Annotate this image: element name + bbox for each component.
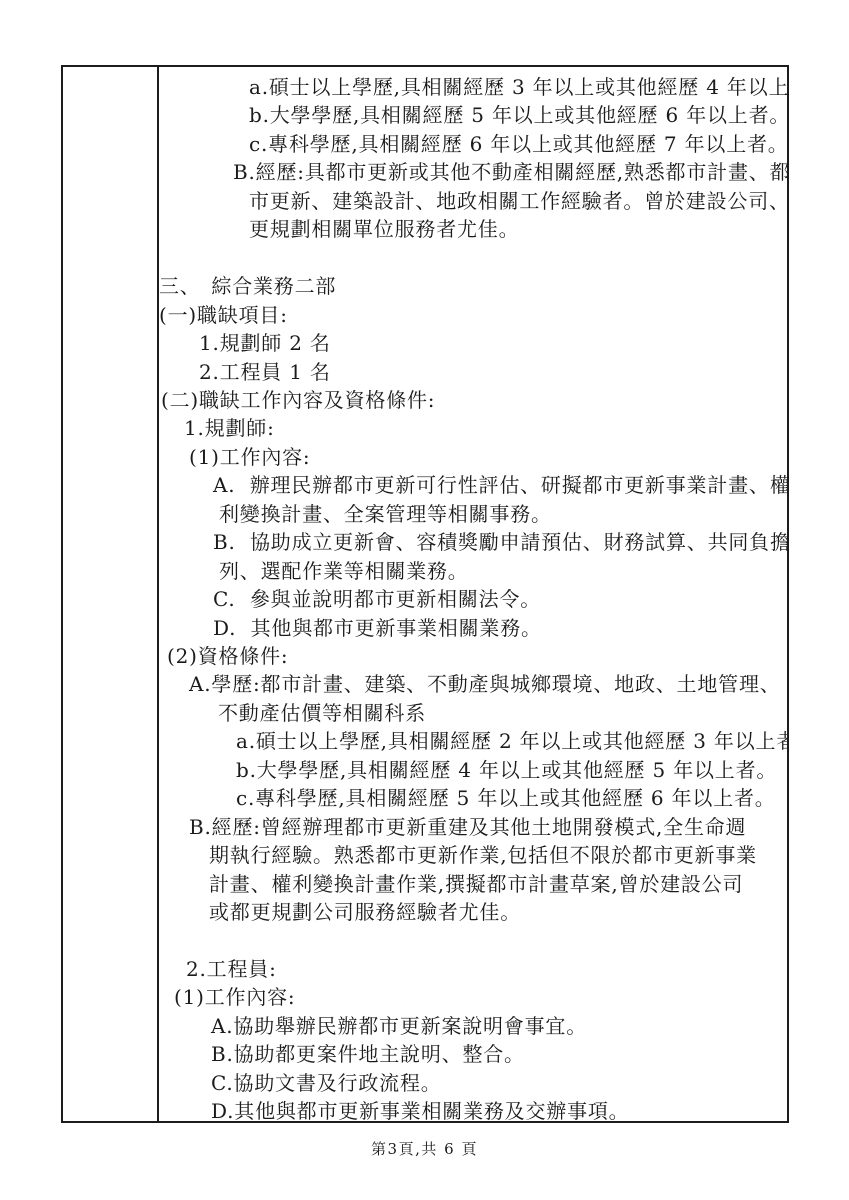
document-line: 計畫、權利變換計畫作業,撰擬都市計畫草案,曾於建設公司: [209, 870, 743, 898]
table-cell-content: a.碩士以上學歷,具相關經歷 3 年以上或其他經歷 4 年以上者b.大學學歷,具…: [159, 67, 787, 1121]
document-line: 市更新、建築設計、地政相關工作經驗者。曾於建設公司、都: [249, 187, 787, 215]
document-line: 期執行經驗。熟悉都市更新作業,包括但不限於都市更新事業: [209, 841, 757, 869]
document-line: A.協助舉辦民辦都市更新案說明會事宜。: [211, 1012, 587, 1040]
document-line: c.專科學歷,具相關經歷 6 年以上或其他經歷 7 年以上者。: [249, 130, 787, 158]
document-line: 2.工程員:: [186, 955, 277, 983]
document-line: (1)工作內容:: [189, 443, 310, 471]
document-line: B.協助都更案件地主說明、整合。: [211, 1040, 525, 1068]
document-line: A.學歷:都市計畫、建築、不動產與城鄉環境、地政、土地管理、: [189, 670, 781, 698]
document-line: B.經歷:曾經辦理都市更新重建及其他土地開發模式,全生命週: [189, 813, 746, 841]
document-line: B.經歷:具都市更新或其他不動產相關經歷,熟悉都市計畫、都: [233, 158, 787, 186]
document-page: a.碩士以上學歷,具相關經歷 3 年以上或其他經歷 4 年以上者b.大學學歷,具…: [0, 0, 849, 1200]
document-line: 1.規劃師:: [184, 414, 275, 442]
document-line: C.協助文書及行政流程。: [211, 1069, 442, 1097]
document-line: a.碩士以上學歷,具相關經歷 3 年以上或其他經歷 4 年以上者: [249, 73, 787, 101]
document-line: b.大學學歷,具相關經歷 5 年以上或其他經歷 6 年以上者。: [249, 101, 787, 129]
document-line: 列、選配作業等相關業務。: [219, 557, 469, 585]
document-line: C. 參與並說明都市更新相關法令。: [213, 585, 541, 613]
document-line: a.碩士以上學歷,具相關經歷 2 年以上或其他經歷 3 年以上者。: [236, 727, 787, 755]
document-line: (2)資格條件:: [167, 642, 288, 670]
page-number-footer: 第3頁,共 6 頁: [0, 1138, 849, 1159]
document-line: B. 協助成立更新會、容積獎勵申請預估、財務試算、共同負擔提: [213, 528, 787, 556]
document-line: (一)職缺項目:: [159, 301, 288, 329]
document-line: 1.規劃師 2 名: [199, 329, 331, 357]
document-line: 或都更規劃公司服務經驗者尤佳。: [209, 898, 521, 926]
document-line: A. 辦理民辦都市更新可行性評估、研擬都市更新事業計畫、權: [213, 471, 787, 499]
document-line: b.大學學歷,具相關經歷 4 年以上或其他經歷 5 年以上者。: [236, 756, 777, 784]
document-line: (1)工作內容:: [174, 983, 295, 1011]
document-line: 利變換計畫、全案管理等相關事務。: [219, 500, 552, 528]
document-line: D. 其他與都市更新事業相關業務。: [213, 614, 542, 642]
document-line: 三、 綜合業務二部: [159, 272, 336, 300]
vacancy-table: a.碩士以上學歷,具相關經歷 3 年以上或其他經歷 4 年以上者b.大學學歷,具…: [61, 65, 789, 1123]
document-line: 更規劃相關單位服務者尤佳。: [249, 215, 519, 243]
table-cell-left-empty: [63, 67, 159, 1121]
document-line: c.專科學歷,具相關經歷 5 年以上或其他經歷 6 年以上者。: [236, 784, 776, 812]
document-line: D.其他與都市更新事業相關業務及交辦事項。: [211, 1097, 629, 1121]
document-line: (二)職缺工作內容及資格條件:: [161, 386, 435, 414]
document-line: 2.工程員 1 名: [199, 358, 331, 386]
document-line: 不動產估價等相關科系: [218, 699, 426, 727]
